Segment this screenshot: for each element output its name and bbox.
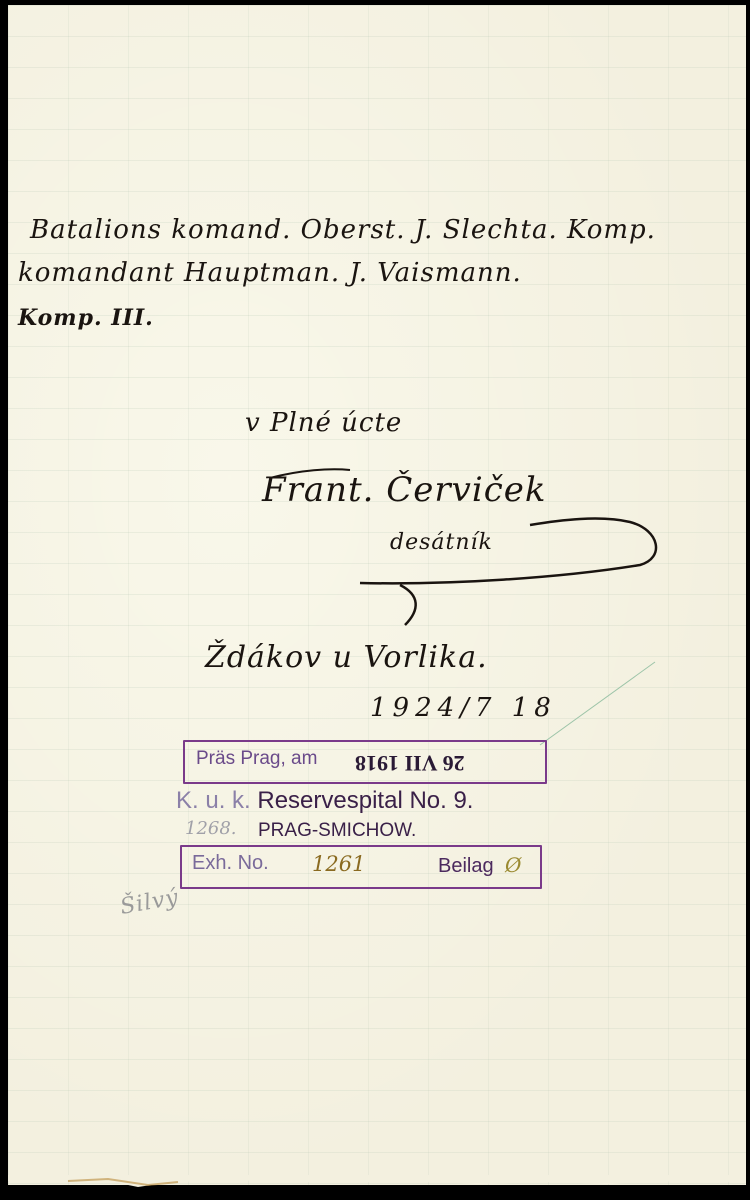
hospital-stamp-prefix: K. u. k. [176, 787, 251, 814]
beilag-mark: Ø [505, 853, 521, 877]
hospital-stamp-city: PRAG-SMICHOW. [258, 820, 416, 842]
beilag-label: Beilag [438, 855, 494, 878]
received-stamp-label: Präs Prag, am [196, 748, 317, 770]
received-stamp-date: 26 VII 1918 [355, 750, 465, 776]
hospital-stamp-name: K. u. k. Reservespital No. 9. [176, 787, 473, 815]
exhibit-number: 1261 [312, 852, 365, 876]
exhibit-label: Exh. No. [192, 852, 269, 875]
pencil-number: 1268. [185, 818, 237, 839]
hospital-stamp-institution: Reservespital No. 9. [257, 787, 473, 814]
signature-flourish [0, 0, 750, 1200]
